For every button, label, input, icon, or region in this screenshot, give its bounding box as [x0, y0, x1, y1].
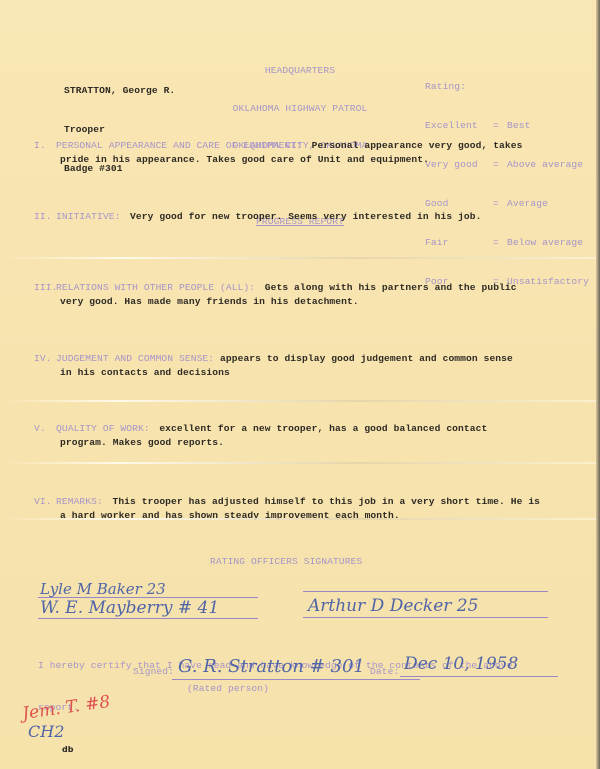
certification-text: I hereby certify that I have read and ha… [38, 631, 512, 743]
signature-line [303, 591, 548, 592]
officer-signature-mayberry: W. E. Mayberry # 41 [40, 598, 219, 618]
section-text: Personal appearance very good, takes [312, 140, 523, 151]
section-text: Gets along with his partners and the pub… [265, 282, 517, 293]
section-text-cont: pride in his appearance. Takes good care… [34, 153, 564, 167]
officer-signature-baker: Lyle M Baker 23 [40, 580, 166, 598]
section-relations: III.RELATIONS WITH OTHER PEOPLE (ALL): G… [34, 280, 564, 308]
section-label: QUALITY OF WORK: [56, 423, 150, 434]
employee-rank: Trooper [64, 123, 175, 136]
officer-signature-decker: Arthur D Decker 25 [308, 596, 478, 616]
paper-crease [0, 462, 596, 464]
section-text: excellent for a new trooper, has a good … [159, 423, 487, 434]
section-text: This trooper has adjusted himself to thi… [112, 496, 540, 507]
section-personal-appearance: I.PERSONAL APPEARANCE AND CARE OF EQUIPM… [34, 138, 564, 166]
blue-annotation: CH2 [28, 722, 64, 741]
section-label: PERSONAL APPEARANCE AND CARE OF EQUIPMEN… [56, 140, 302, 151]
date-label: Date: [370, 666, 399, 677]
rating-scale: Rating: Excellent=Best Very good=Above a… [425, 54, 589, 314]
signatures-title: RATING OFFICERS SIGNATURES [210, 556, 362, 567]
rating-row: Fair=Below average [425, 236, 589, 249]
employee-name: STRATTON, George R. [64, 84, 175, 97]
section-text-cont: in his contacts and decisions [34, 366, 564, 380]
section-label: RELATIONS WITH OTHER PEOPLE (ALL): [56, 282, 255, 293]
letterhead-line1: HEADQUARTERS [220, 65, 380, 78]
section-label: INITIATIVE: [56, 211, 120, 222]
rated-person-signature: G. R. Stratton # 301 [178, 656, 365, 677]
section-text-cont: program. Makes good reports. [34, 436, 564, 450]
progress-report-document: STRATTON, George R. Trooper Badge #301 H… [0, 0, 596, 769]
section-text-cont: very good. Has made many friends in his … [34, 295, 564, 309]
initials: db [62, 745, 73, 754]
signature-line [303, 617, 548, 618]
letterhead-line2: OKLAHOMA HIGHWAY PATROL [220, 103, 380, 116]
paper-crease [0, 518, 596, 520]
rating-row: Excellent=Best [425, 119, 589, 132]
section-label: REMARKS: [56, 496, 103, 507]
section-text: appears to display good judgement and co… [214, 353, 513, 364]
rating-title: Rating: [425, 80, 589, 93]
signature-line [38, 618, 258, 619]
rated-person-caption: (Rated person) [187, 683, 269, 694]
paper-crease [0, 400, 596, 402]
employee-info: STRATTON, George R. Trooper Badge #301 [64, 58, 175, 201]
date-value: Dec 10, 1958 [404, 654, 518, 674]
paper-crease [0, 257, 596, 259]
signature-line [400, 676, 558, 677]
section-initiative: II.INITIATIVE: Very good for new trooper… [34, 209, 564, 224]
section-text: Very good for new trooper. Seems very in… [130, 211, 481, 222]
page-edge [596, 0, 600, 769]
signature-line [172, 679, 420, 680]
section-quality-of-work: V.QUALITY OF WORK: excellent for a new t… [34, 421, 564, 449]
signed-label: Signed: [133, 666, 174, 677]
section-label: JUDGEMENT AND COMMON SENSE: [56, 353, 214, 364]
section-judgement: IV.JUDGEMENT AND COMMON SENSE: appears t… [34, 351, 564, 379]
